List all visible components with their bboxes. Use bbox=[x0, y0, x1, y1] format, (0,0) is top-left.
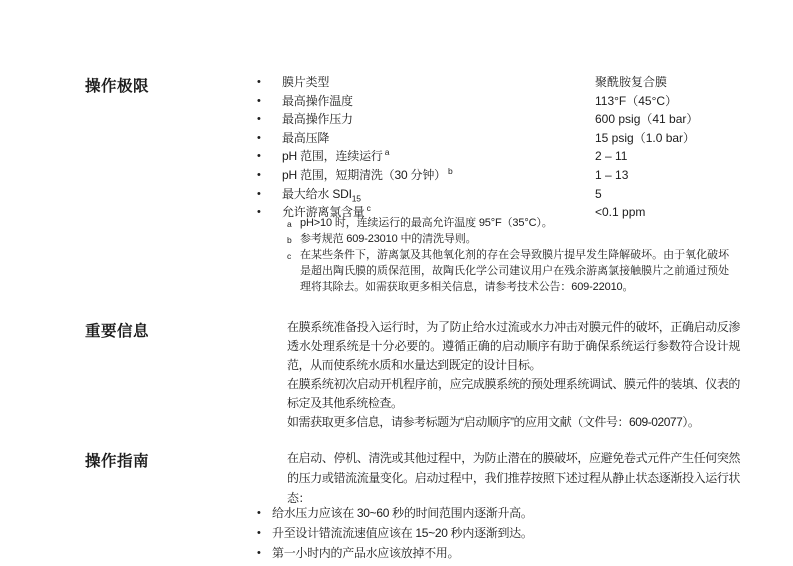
footnote-marker: b bbox=[287, 232, 300, 248]
spec-value: 15 psig（1.0 bar） bbox=[595, 129, 769, 148]
step-text: 给水压力应该在 30~60 秒的时间范围内逐渐升高。 bbox=[272, 503, 533, 523]
footnote-marker: a bbox=[287, 216, 300, 232]
operating-guide-intro: 在启动、停机、清洗或其他过程中，为防止潜在的膜破坏，应避免卷式元件产生任何突然的… bbox=[287, 448, 740, 508]
bullet-icon: • bbox=[257, 92, 282, 111]
spec-row: • 最大给水 SDI15 5 bbox=[257, 185, 769, 204]
subscript: 15 bbox=[352, 193, 361, 203]
step-item: • 给水压力应该在 30~60 秒的时间范围内逐渐升高。 bbox=[257, 503, 757, 523]
spec-row: • 最高压降 15 psig（1.0 bar） bbox=[257, 129, 769, 148]
spec-row: • 最高操作温度 113°F（45°C） bbox=[257, 92, 769, 111]
spec-label: 最高操作压力 bbox=[282, 110, 595, 129]
spec-value: 113°F（45°C） bbox=[595, 92, 769, 111]
step-item: • 升至设计错流流速值应该在 15~20 秒内逐渐到达。 bbox=[257, 523, 757, 543]
bullet-icon: • bbox=[257, 73, 282, 92]
spec-label: 最高压降 bbox=[282, 129, 595, 148]
bullet-icon: • bbox=[257, 185, 282, 204]
step-text: 第一小时内的产品水应该放掉不用。 bbox=[272, 543, 459, 563]
bullet-icon: • bbox=[257, 147, 282, 166]
spec-label: pH 范围，短期清洗（30 分钟）b bbox=[282, 166, 595, 185]
section-heading-important-info: 重要信息 bbox=[85, 319, 149, 341]
spec-label: 最高操作温度 bbox=[282, 92, 595, 111]
section-heading-operating-guide: 操作指南 bbox=[85, 449, 149, 471]
spec-label: pH 范围，连续运行a bbox=[282, 147, 595, 166]
spec-value: 5 bbox=[595, 185, 769, 204]
bullet-icon: • bbox=[257, 129, 282, 148]
important-info-paragraphs: 在膜系统准备投入运行时，为了防止给水过流或水力冲击对膜元件的破坏，正确启动反渗透… bbox=[287, 318, 740, 432]
footnote-marker: c bbox=[287, 248, 300, 296]
paragraph: 在膜系统初次启动开机程序前，应完成膜系统的预处理系统调试、膜元件的装填、仪表的标… bbox=[287, 375, 740, 413]
spec-label: 最大给水 SDI15 bbox=[282, 185, 595, 204]
bullet-icon: • bbox=[257, 543, 272, 563]
spec-label: 膜片类型 bbox=[282, 73, 595, 92]
bullet-icon: • bbox=[257, 166, 282, 185]
spec-row: • 膜片类型 聚酰胺复合膜 bbox=[257, 73, 769, 92]
spec-list: • 膜片类型 聚酰胺复合膜 • 最高操作温度 113°F（45°C） • 最高操… bbox=[257, 73, 769, 222]
footnote: b 参考规范 609-23010 中的清洗导则。 bbox=[287, 231, 729, 247]
bullet-icon: • bbox=[257, 110, 282, 129]
step-text: 升至设计错流流速值应该在 15~20 秒内逐渐到达。 bbox=[272, 523, 533, 543]
spec-row: • pH 范围，短期清洗（30 分钟）b 1 – 13 bbox=[257, 166, 769, 185]
footnote-text: pH>10 时，连续运行的最高允许温度 95°F（35°C）。 bbox=[300, 215, 729, 231]
footnote-text: 在某些条件下，游离氯及其他氧化剂的存在会导致膜片提早发生降解破坏。由于氧化破坏是… bbox=[300, 247, 729, 295]
operating-guide-steps: • 给水压力应该在 30~60 秒的时间范围内逐渐升高。 • 升至设计错流流速值… bbox=[257, 503, 757, 563]
footnote-ref: a bbox=[385, 147, 390, 157]
spec-value: 聚酰胺复合膜 bbox=[595, 73, 769, 92]
step-item: • 第一小时内的产品水应该放掉不用。 bbox=[257, 543, 757, 563]
spec-value: 2 – 11 bbox=[595, 147, 769, 166]
footnote: c 在某些条件下，游离氯及其他氧化剂的存在会导致膜片提早发生降解破坏。由于氧化破… bbox=[287, 247, 729, 295]
footnote-ref: b bbox=[448, 166, 453, 176]
spec-value: 1 – 13 bbox=[595, 166, 769, 185]
bullet-icon: • bbox=[257, 523, 272, 543]
spec-value: 600 psig（41 bar） bbox=[595, 110, 769, 129]
bullet-icon: • bbox=[257, 203, 282, 222]
footnote-list: a pH>10 时，连续运行的最高允许温度 95°F（35°C）。 b 参考规范… bbox=[287, 215, 729, 295]
document-page: 操作极限 • 膜片类型 聚酰胺复合膜 • 最高操作温度 113°F（45°C） … bbox=[0, 0, 793, 566]
paragraph: 在膜系统准备投入运行时，为了防止给水过流或水力冲击对膜元件的破坏，正确启动反渗透… bbox=[287, 318, 740, 375]
footnote: a pH>10 时，连续运行的最高允许温度 95°F（35°C）。 bbox=[287, 215, 729, 231]
bullet-icon: • bbox=[257, 503, 272, 523]
footnote-ref: c bbox=[367, 203, 371, 213]
paragraph: 如需获取更多信息，请参考标题为“启动顺序”的应用文献（文件号：609-02077… bbox=[287, 413, 740, 432]
footnote-text: 参考规范 609-23010 中的清洗导则。 bbox=[300, 231, 729, 247]
spec-row: • 最高操作压力 600 psig（41 bar） bbox=[257, 110, 769, 129]
section-heading-operating-limits: 操作极限 bbox=[85, 74, 149, 96]
spec-row: • pH 范围，连续运行a 2 – 11 bbox=[257, 147, 769, 166]
